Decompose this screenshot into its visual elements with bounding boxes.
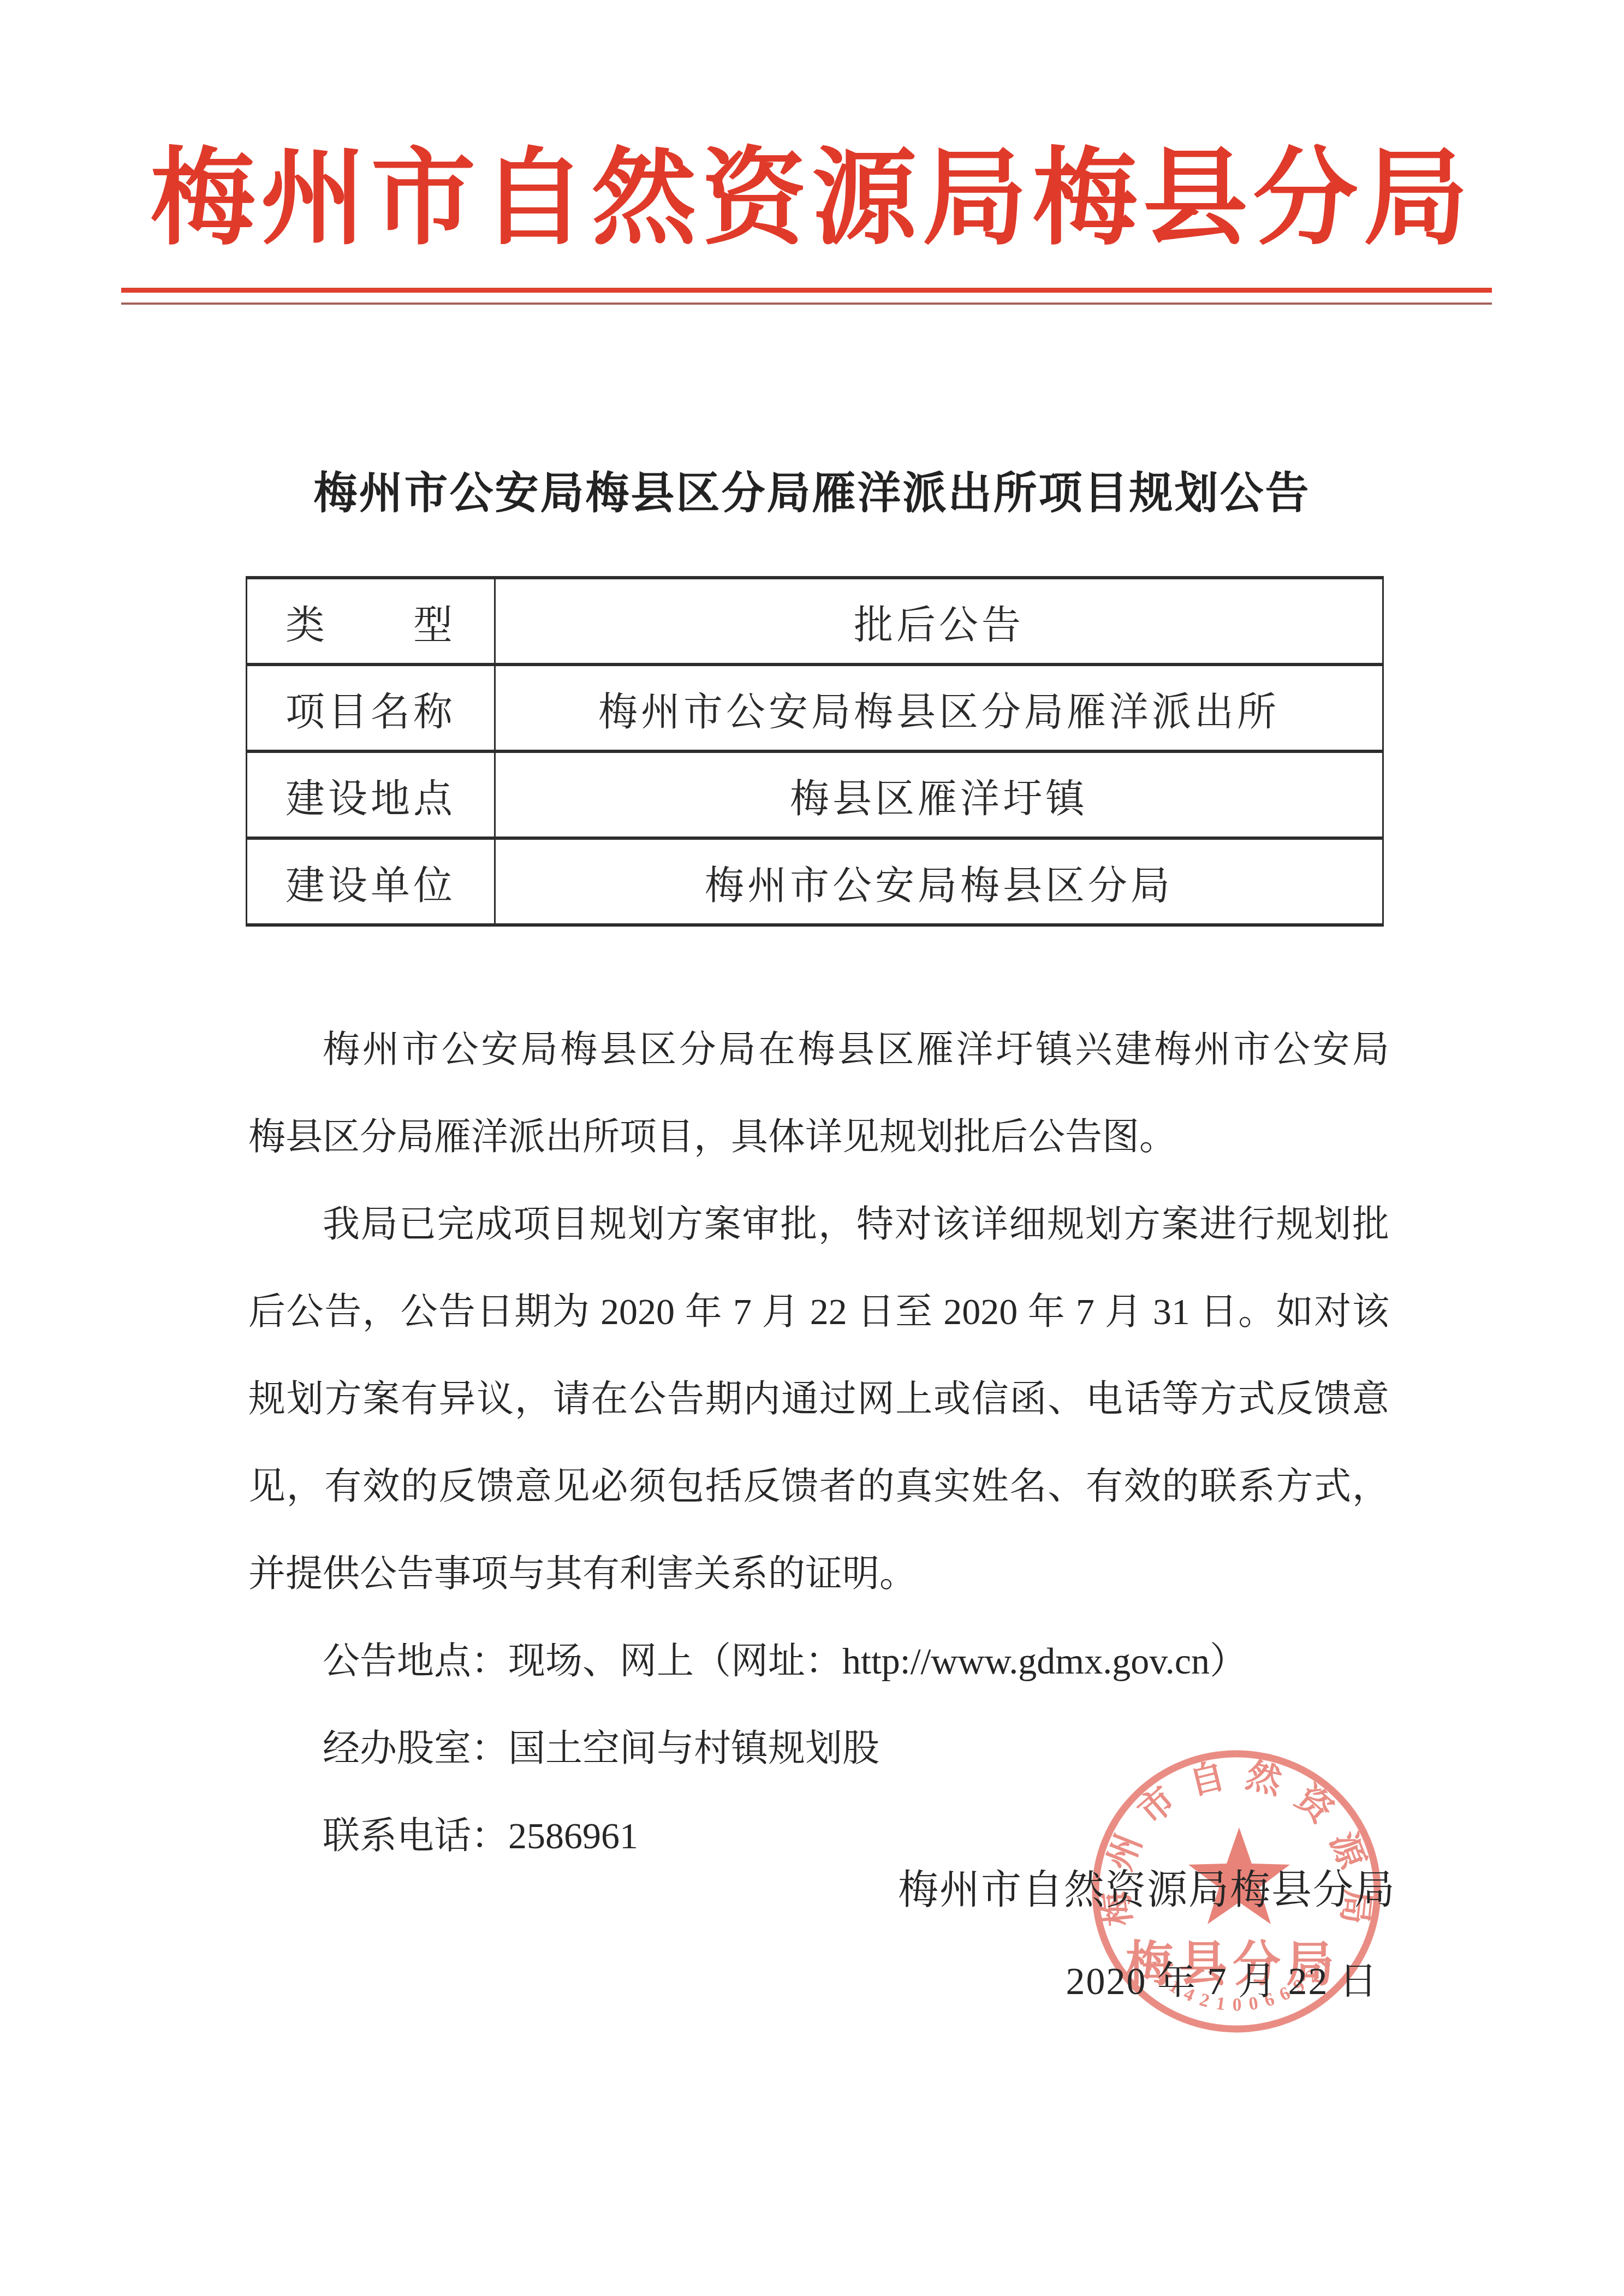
row-value-type: 批后公告: [495, 578, 1383, 665]
issuer-signature: 梅州市自然资源局梅县分局: [898, 1858, 1396, 1915]
body-line: 见，有效的反馈意见必须包括反馈者的真实姓名、有效的联系方式，: [248, 1443, 1389, 1530]
row-value-project-name: 梅州市公安局梅县区分局雁洋派出所: [495, 665, 1383, 751]
body-line: 梅州市公安局梅县区分局在梅县区雁洋圩镇兴建梅州市公安局: [248, 1006, 1389, 1093]
body-line: 并提供公告事项与其有利害关系的证明。: [248, 1530, 1389, 1617]
official-announcement-page: 梅州市自然资源局梅县分局 梅州市公安局梅县区分局雁洋派出所项目规划公告 类 型 …: [0, 0, 1624, 2296]
table-row-project-name: 项目名称 梅州市公安局梅县区分局雁洋派出所: [247, 665, 1383, 751]
document-title: 梅州市公安局梅县区分局雁洋派出所项目规划公告: [0, 458, 1624, 520]
letterhead-rule-thick: [121, 288, 1492, 293]
row-label-type: 类 型: [247, 578, 495, 665]
body-line: 我局已完成项目规划方案审批，特对该详细规划方案进行规划批: [248, 1180, 1389, 1268]
body-line: 梅县区分局雁洋派出所项目，具体详见规划批后公告图。: [248, 1093, 1389, 1180]
row-label-unit: 建设单位: [247, 838, 495, 925]
body-line: 后公告，公告日期为 2020 年 7 月 22 日至 2020 年 7 月 31…: [248, 1268, 1389, 1355]
row-value-unit: 梅州市公安局梅县区分局: [495, 838, 1383, 925]
issue-date: 2020 年 7 月 22 日: [1066, 1950, 1379, 2006]
letterhead-rule-thin: [121, 302, 1492, 305]
row-label-location: 建设地点: [247, 751, 495, 838]
info-table: 类 型 批后公告 项目名称 梅州市公安局梅县区分局雁洋派出所 建设地点 梅县区雁…: [246, 576, 1384, 927]
table-row-type: 类 型 批后公告: [247, 578, 1383, 665]
table-row-unit: 建设单位 梅州市公安局梅县区分局: [247, 838, 1383, 925]
table-row-location: 建设地点 梅县区雁洋圩镇: [247, 751, 1383, 838]
letterhead-title: 梅州市自然资源局梅县分局: [0, 138, 1624, 262]
row-value-location: 梅县区雁洋圩镇: [495, 751, 1383, 838]
body-line: 规划方案有异议，请在公告期内通过网上或信函、电话等方式反馈意: [248, 1355, 1389, 1443]
contact-line-announce-location: 公告地点：现场、网上（网址：http://www.gdmx.gov.cn）: [248, 1617, 1389, 1705]
row-label-project-name: 项目名称: [247, 665, 495, 751]
